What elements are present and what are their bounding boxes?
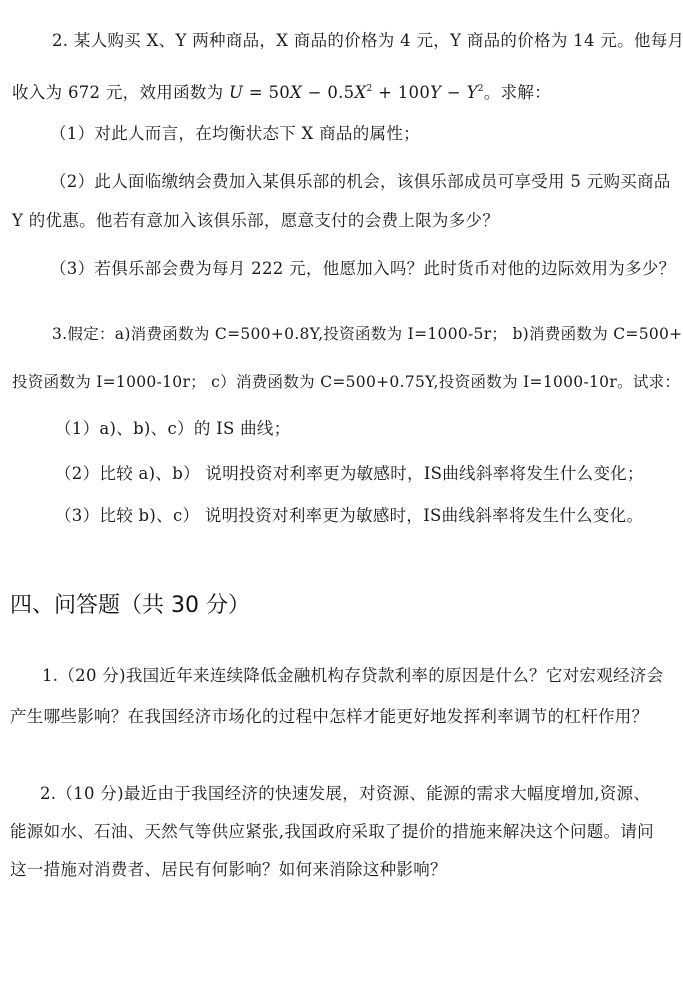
q2-sub1: （1）对此人而言，在均衡状态下 X 商品的属性；	[50, 123, 420, 145]
q2-sub3: （3）若俱乐部会费为每月 222 元，他愿加入吗？此时货币对他的边际效用为多少？	[50, 258, 675, 280]
q3-line1: 3.假定：a)消费函数为 C=500+0.8Y,投资函数为 I=1000-5r；…	[52, 323, 683, 345]
formula-y2: Y	[467, 83, 478, 102]
section-heading: 四、问答题（共 30 分）	[10, 592, 250, 620]
s4-q2-line3: 这一措施对消费者、居民有何影响？如何来消除这种影响？	[10, 859, 447, 881]
formula-eq: = 50	[243, 83, 290, 102]
formula-y1: Y	[430, 83, 441, 102]
q3-sub1: （1）a)、b)、c）的 IS 曲线；	[55, 418, 291, 440]
s4-q2-line1: 2.（10 分)最近由于我国经济的快速发展，对资源、能源的需求大幅度增加,资源、	[40, 783, 650, 805]
formula-u: U	[229, 83, 243, 102]
q3-sub3: （3）比较 b)、c） 说明投资对利率更为敏感时，IS曲线斜率将发生什么变化。	[55, 505, 643, 527]
q3-line2: 投资函数为 I=1000-10r； c）消费函数为 C=500+0.75Y,投资…	[12, 371, 680, 393]
q3-sub2: （2）比较 a)、b） 说明投资对利率更为敏感时，IS曲线斜率将发生什么变化；	[55, 463, 644, 485]
q2-sub2-line1: （2）此人面临缴纳会费加入某俱乐部的机会，该俱乐部成员可享受用 5 元购买商品	[50, 171, 671, 193]
s4-q1-line2: 产生哪些影响？在我国经济市场化的过程中怎样才能更好地发挥利率调节的杠杆作用？	[10, 706, 648, 728]
formula-minus: −	[441, 83, 466, 102]
q2-line2: 收入为 672 元，效用函数为 U = 50X − 0.5X2 + 100Y −…	[12, 78, 551, 104]
formula-mid: − 0.5	[302, 83, 354, 102]
formula-x2: X	[354, 83, 366, 102]
s4-q1-line1: 1.（20 分)我国近年来连续降低金融机构存贷款利率的原因是什么？它对宏观经济会	[42, 665, 663, 687]
q2-line2-suffix: 。求解：	[484, 83, 551, 102]
formula-x1: X	[290, 83, 302, 102]
formula-plus: + 100	[373, 83, 431, 102]
q2-line1: 2. 某人购买 X、Y 两种商品，X 商品的价格为 4 元，Y 商品的价格为 1…	[52, 30, 683, 52]
q2-line2-prefix: 收入为 672 元，效用函数为	[12, 83, 229, 102]
s4-q2-line2: 能源如水、石油、天然气等供应紧张,我国政府采取了提价的措施来解决这个问题。请问	[10, 821, 654, 843]
q2-sub2-line2: Y 的优惠。他若有意加入该俱乐部，愿意支付的会费上限为多少？	[12, 210, 499, 232]
